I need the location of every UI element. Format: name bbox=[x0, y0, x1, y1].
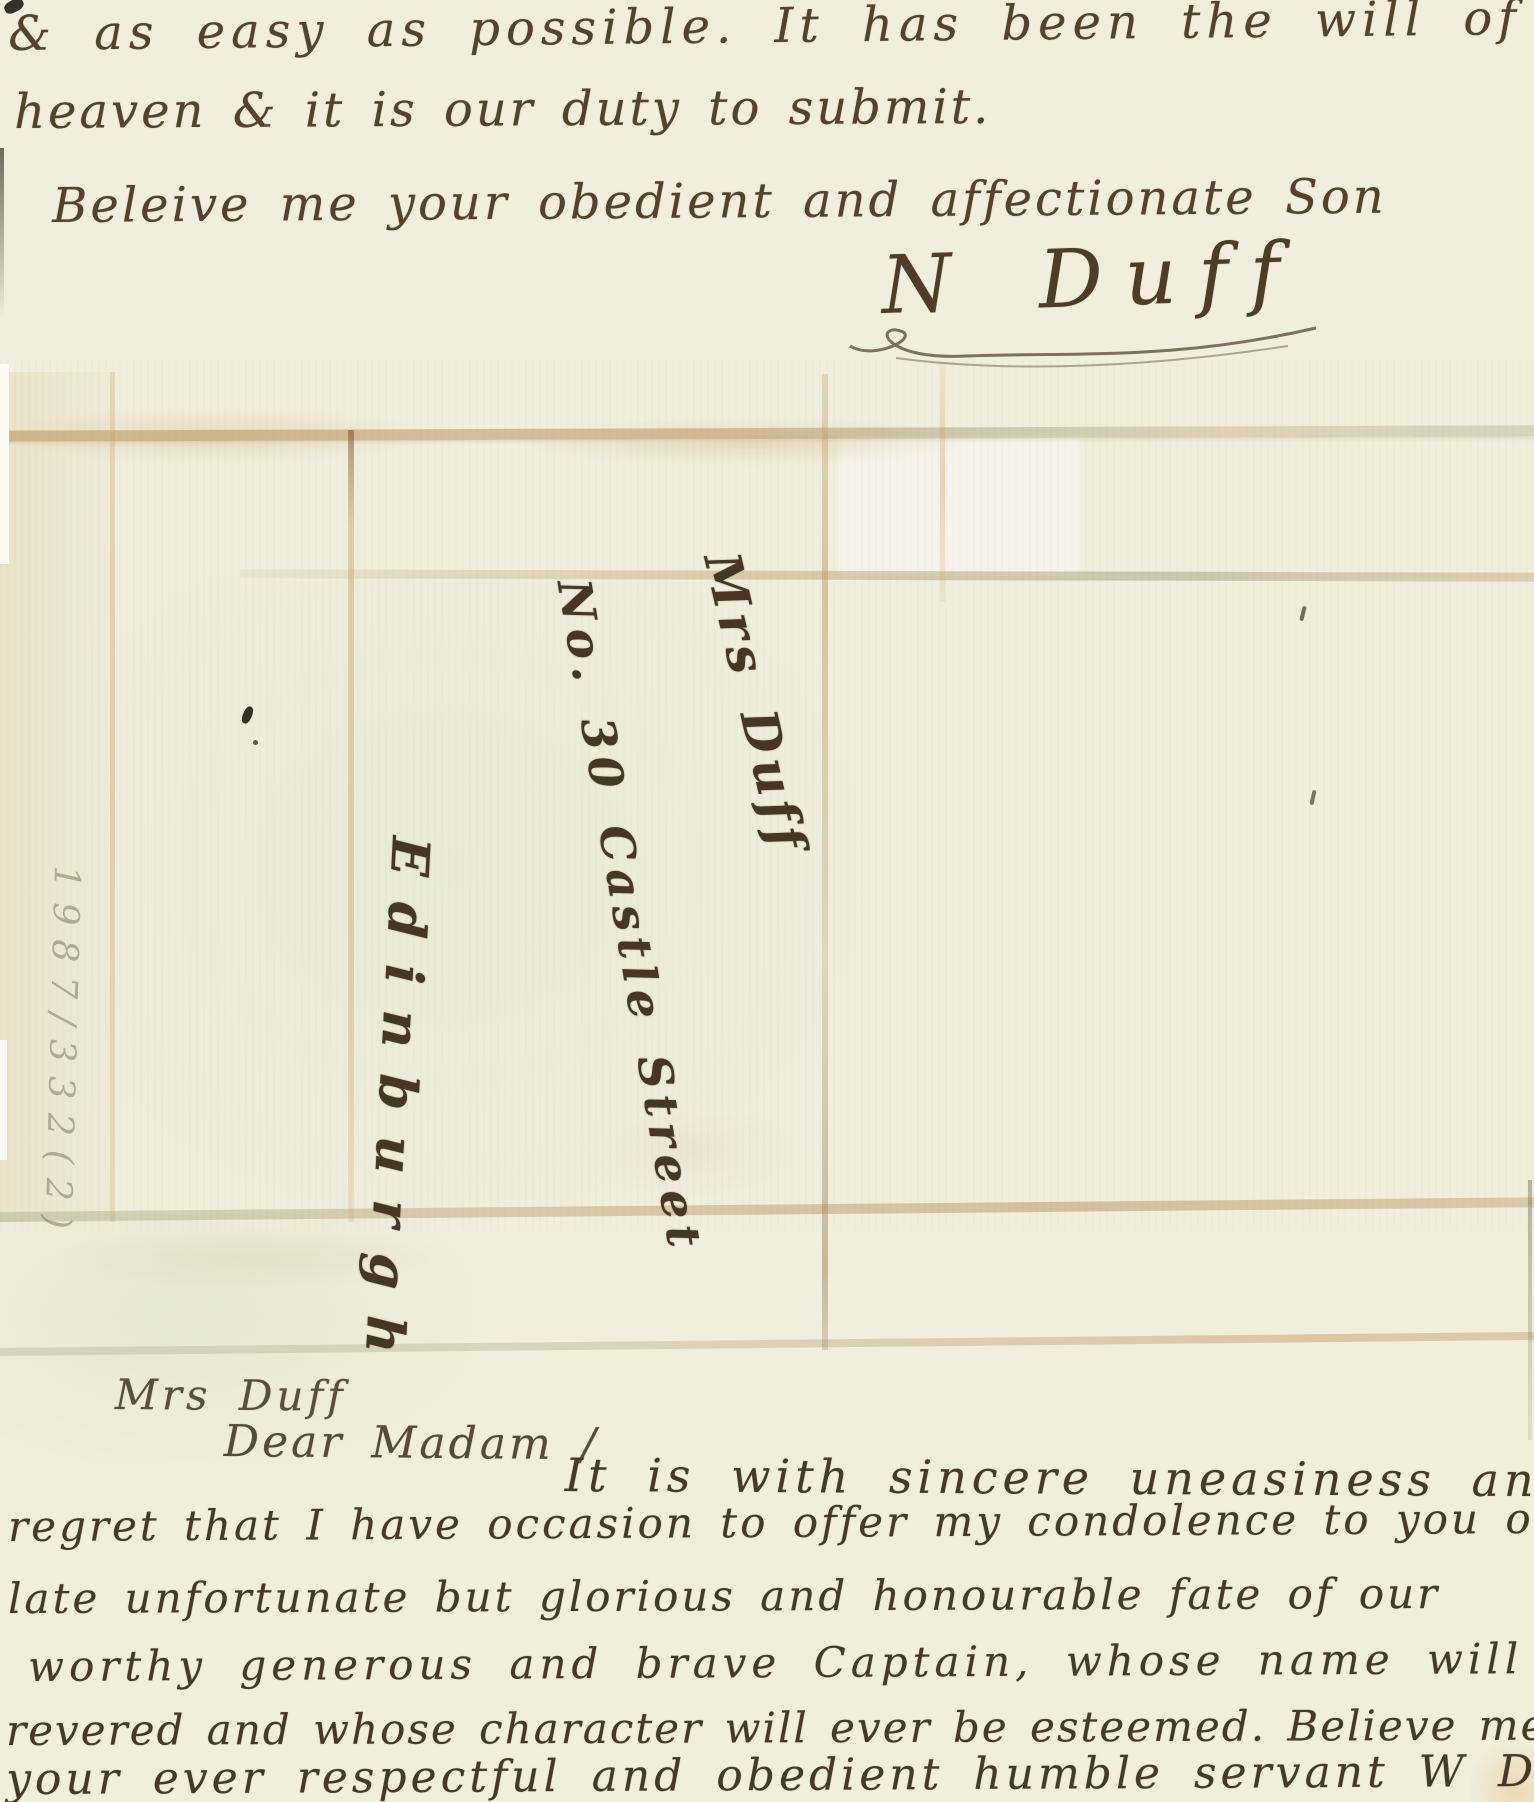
crease-vertical-2 bbox=[348, 430, 354, 1222]
crease-vertical-4 bbox=[940, 362, 945, 602]
scan-edge-white-left-2 bbox=[0, 1040, 7, 1160]
paper-texture-warm-1 bbox=[0, 408, 430, 464]
crease-vertical-1 bbox=[110, 372, 115, 1222]
address-street: No. 30 Castle Street bbox=[551, 576, 709, 1257]
paper-texture-bottom-warm bbox=[60, 1228, 440, 1288]
archive-mark: 1987/332(2) bbox=[38, 865, 84, 1243]
paper-texture-laid-lines bbox=[0, 360, 1534, 1230]
letter-line: & as easy as possible. It has been the w… bbox=[8, 0, 1522, 58]
paper-texture-mid-green bbox=[90, 575, 870, 1225]
paper-texture-corner-warm bbox=[1470, 1740, 1534, 1802]
ink-speck-dot bbox=[253, 740, 258, 745]
letter-line: worthy generous and brave Captain, whose… bbox=[28, 1637, 1534, 1688]
paper-texture-pink-smudge bbox=[580, 1100, 800, 1200]
letter-addressee: Mrs Duff bbox=[115, 1374, 347, 1418]
signature-flourish bbox=[836, 316, 1336, 378]
scan-edge-right-sliver bbox=[1528, 1180, 1532, 1440]
paper-texture-panel-light bbox=[838, 436, 1080, 576]
ink-speck-apostrophe-1 bbox=[1299, 606, 1307, 622]
letter-closing: Beleive me your obedient and affectionat… bbox=[52, 173, 1387, 230]
letter-line: It is with sincere uneasiness and bbox=[565, 1452, 1534, 1503]
letter-line: revered and whose character will ever be… bbox=[6, 1704, 1534, 1752]
letter-line: regret that I have occasion to offer my … bbox=[8, 1497, 1534, 1548]
ink-speck-apostrophe-2 bbox=[1309, 790, 1316, 806]
paper-texture-top-band bbox=[0, 0, 1534, 432]
letter-line: your ever respectful and obedient humble… bbox=[6, 1749, 1534, 1802]
address-city: Edinburgh bbox=[356, 835, 436, 1380]
paper-texture-warm-2 bbox=[520, 418, 980, 466]
crease-horizontal-lower-1 bbox=[0, 1197, 1534, 1222]
crease-vertical-3 bbox=[822, 374, 828, 1350]
paper-texture-left-strip bbox=[0, 372, 112, 1222]
letter-line: late unfortunate but glorious and honour… bbox=[8, 1573, 1440, 1620]
letter-scan: & as easy as possible. It has been the w… bbox=[0, 0, 1534, 1802]
crease-horizontal-upper bbox=[0, 425, 1534, 441]
scan-edge-dark-left bbox=[0, 148, 4, 320]
address-recipient: Mrs Duff bbox=[696, 548, 814, 859]
paper-texture-bottom-left-green bbox=[0, 1215, 470, 1465]
letter-line: heaven & it is our duty to submit. bbox=[14, 83, 991, 136]
signature: N Duff bbox=[880, 231, 1303, 326]
crease-horizontal-lower-2 bbox=[0, 1332, 1534, 1356]
crease-horizontal-middle bbox=[240, 569, 1534, 581]
scan-edge-white-left-1 bbox=[0, 364, 9, 564]
letter-salutation: Dear Madam / bbox=[224, 1420, 599, 1467]
corner-mark-top-left bbox=[2, 0, 25, 16]
ink-speck-asterisk bbox=[240, 705, 255, 725]
